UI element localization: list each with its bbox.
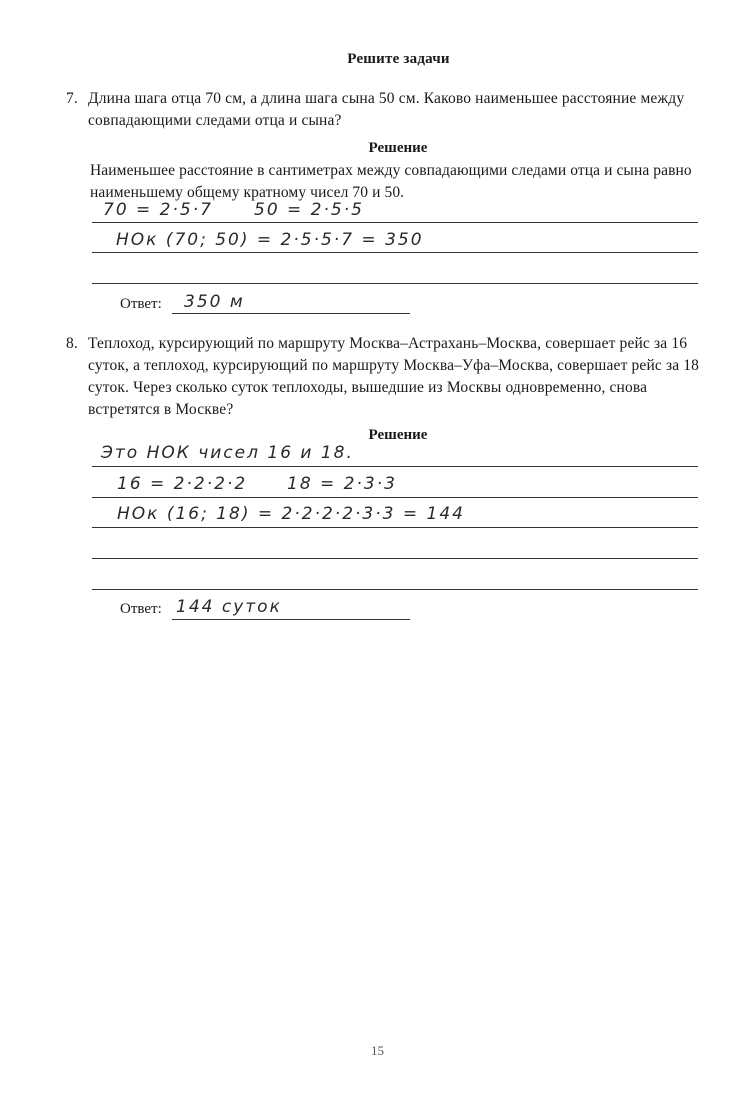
answer-line (92, 222, 698, 223)
problem-text: Длина шага отца 70 см, а длина шага сына… (66, 88, 706, 132)
handwritten-factorization-18: 18 = 2·3·3 (287, 474, 397, 494)
handwritten-factorization-16: 16 = 2·2·2·2 (117, 474, 247, 494)
handwritten-lcm: НОк (16; 18) = 2·2·2·2·3·3 = 144 (117, 504, 465, 524)
problem-number: 7. (66, 88, 78, 110)
answer-field-line (172, 619, 410, 620)
problem-text: Теплоход, курсирующий по маршруту Москва… (66, 333, 706, 421)
handwritten-factorization-70: 70 = 2·5·7 (103, 200, 213, 220)
answer-value: 144 суток (176, 597, 282, 617)
section-title: Решите задачи (0, 51, 743, 68)
problem-number: 8. (66, 333, 78, 355)
answer-value: 350 м (184, 292, 245, 312)
answer-line (92, 589, 698, 590)
answer-line (92, 497, 698, 498)
handwritten-lcm: НОк (70; 50) = 2·5·5·7 = 350 (116, 230, 424, 250)
handwritten-statement: Это НОК чисел 16 и 18. (101, 443, 354, 463)
problem-8: 8. Теплоход, курсирующий по маршруту Мос… (66, 333, 706, 421)
solution-heading: Решение (350, 140, 446, 157)
answer-line (92, 466, 698, 467)
solution-heading: Решение (350, 427, 446, 444)
solution-text: Наименьшее расстояние в сантиметрах межд… (90, 160, 702, 204)
answer-line (92, 252, 698, 253)
problem-7: 7. Длина шага отца 70 см, а длина шага с… (66, 88, 706, 132)
answer-line (92, 283, 698, 284)
handwritten-factorization-50: 50 = 2·5·5 (254, 200, 364, 220)
answer-line (92, 558, 698, 559)
answer-label: Ответ: (120, 601, 162, 618)
answer-field-line (172, 313, 410, 314)
answer-line (92, 527, 698, 528)
page-number: 15 (0, 1043, 743, 1059)
answer-label: Ответ: (120, 296, 162, 313)
